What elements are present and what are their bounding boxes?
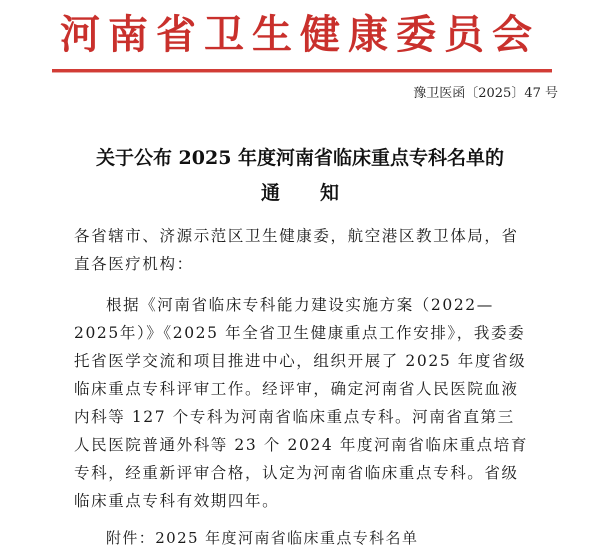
attachment-link[interactable]: 附件：2025 年度河南省临床重点专科名单 — [106, 527, 418, 548]
document-number: 豫卫医函〔2025〕47 号 — [413, 85, 558, 103]
notice-title-line2: 通知 — [0, 178, 600, 205]
addressee: 各省辖市、济源示范区卫生健康委，航空港区教卫体局，省直各医疗机构： — [74, 222, 530, 278]
body-paragraph-text: 根据《河南省临床专科能力建设实施方案（2022—2025年）》《2025 年全省… — [74, 296, 528, 510]
issuer-name: 河南省卫生健康委员会 — [0, 6, 600, 64]
red-header-rule-shadow — [52, 72, 552, 73]
notice-title-line1: 关于公布 2025 年度河南省临床重点专科名单的 — [0, 143, 600, 170]
body-paragraph: 根据《河南省临床专科能力建设实施方案（2022—2025年）》《2025 年全省… — [74, 291, 530, 515]
